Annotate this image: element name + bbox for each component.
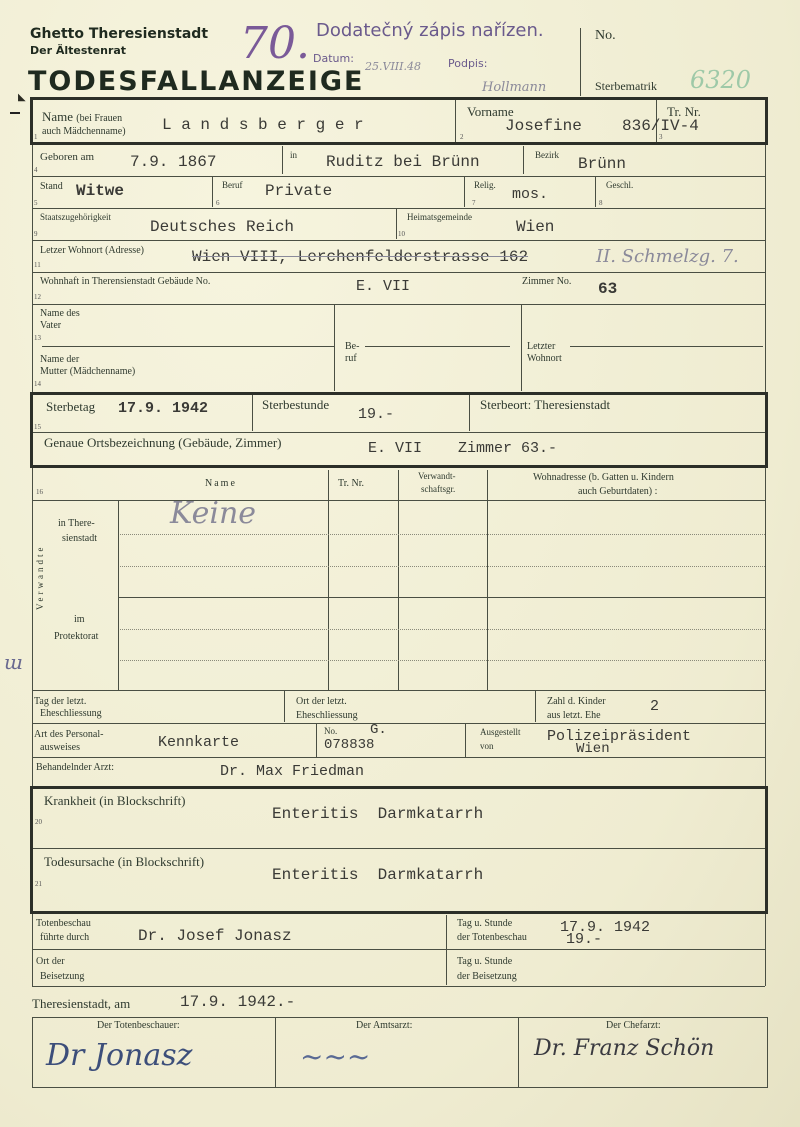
bezirk-label: Bezirk (535, 151, 559, 161)
rule (570, 346, 763, 347)
rule (33, 432, 765, 433)
field-number: 11 (34, 261, 41, 269)
rule (446, 915, 447, 985)
rule (30, 97, 33, 145)
stamp-text: Dodatečný zápis nařízen. (316, 20, 544, 41)
eltern-beruf-label-1: Be- (345, 341, 359, 352)
geboren-value[interactable]: 7.9. 1867 (130, 153, 216, 171)
ausgestellt-value-1[interactable]: Polizeipräsident (547, 728, 691, 745)
rule (30, 786, 33, 914)
sig-chefarzt: Dr. Franz Schön (534, 1036, 714, 1061)
geboren-label: Geboren am (40, 151, 94, 163)
in-label: in (290, 151, 297, 161)
eltern-wohnort-label-2: Wohnort (527, 353, 562, 364)
sterbematrik-value: 6320 (690, 66, 751, 94)
col-name-header: Name (205, 478, 237, 489)
stamp-datum-value: 25.VIII.48 (365, 60, 421, 73)
surname-value[interactable]: L a n d s b e r g e r (162, 116, 364, 134)
wohnhaft-label: Wohnhaft in Therensienstadt Gebäude No. (40, 276, 210, 287)
field-number: 20 (35, 818, 42, 826)
todesursache-label: Todesursache (in Blockschrift) (44, 855, 204, 869)
totenbeschau-label-1: Totenbeschau (36, 918, 91, 929)
name-label: Name (bei Frauen (42, 110, 122, 124)
stamp-datum-label: Datum: (313, 52, 354, 65)
rule (32, 1087, 768, 1088)
sig-totenbeschauer: Dr Jonasz (46, 1038, 192, 1073)
rule (365, 346, 510, 347)
rule (32, 690, 33, 790)
rule (765, 392, 768, 468)
verwandte-side-label: Verwandte (36, 545, 46, 610)
col-verw-header-1: Verwandt- (418, 472, 456, 482)
eltern-wohnort-label-1: Letzter (527, 341, 555, 352)
beisetzung-ort-label-2: Beisetzung (40, 971, 84, 982)
dotted-line (120, 534, 765, 535)
sig-amtsarzt-label: Der Amtsarzt: (356, 1020, 412, 1031)
zimmer-label: Zimmer No. (522, 276, 571, 287)
rule (252, 395, 253, 431)
rule (118, 501, 119, 690)
rule (282, 146, 283, 174)
field-number: 1 (34, 133, 38, 141)
sig-totenbeschauer-label: Der Totenbeschauer: (97, 1020, 180, 1031)
stamp-signature: Hollmann (482, 80, 546, 95)
field-number: 15 (34, 423, 41, 431)
rule (32, 723, 765, 724)
ausweis-art-label-1: Art des Personal- (34, 729, 103, 740)
field-number: 14 (34, 380, 41, 388)
rule (32, 986, 765, 987)
field-number: 13 (34, 334, 41, 342)
rule (521, 305, 522, 391)
sterbematrik-label: Sterbematrik (595, 80, 657, 93)
mutter-label-2: Mutter (Mädchenname) (40, 366, 135, 377)
rule (32, 145, 33, 393)
place-date-value[interactable]: 17.9. 1942.- (180, 993, 295, 1011)
rule (535, 691, 536, 722)
rule (765, 97, 768, 145)
ausgestellt-label-1: Ausgestellt (480, 728, 521, 738)
totenbeschau-tag-label-2: der Totenbeschau (457, 932, 527, 943)
beisetzung-ort-label-1: Ort der (36, 956, 65, 967)
group-protektorat-2: Protektorat (54, 631, 98, 642)
field-number: 9 (34, 230, 38, 238)
sterbeort-label: Sterbeort: Theresienstadt (480, 398, 610, 412)
beisetzung-tag-label-1: Tag u. Stunde (457, 956, 512, 967)
zimmer-value[interactable]: 63 (598, 280, 617, 298)
rule (30, 392, 768, 395)
rule (30, 911, 768, 914)
rule (284, 691, 285, 722)
tag-eheschl-label-2: Eheschliessung (40, 708, 102, 719)
rule (42, 346, 334, 347)
field-number: 8 (599, 199, 603, 207)
heimat-label: Heimatsgemeinde (407, 213, 472, 223)
rule (765, 690, 766, 790)
field-number: 21 (35, 880, 42, 888)
rule (32, 272, 765, 273)
no-label: No. (595, 28, 616, 43)
relig-value[interactable]: mos. (512, 186, 548, 203)
rule (765, 914, 766, 986)
stand-label: Stand (40, 181, 63, 192)
heimat-value[interactable]: Wien (516, 218, 554, 236)
rule (595, 177, 596, 207)
vater-label-2: Vater (40, 320, 61, 331)
rule (32, 304, 765, 305)
name-label-sub2: auch Mädchenname) (42, 126, 126, 137)
relig-label: Relig. (474, 181, 496, 191)
rule (32, 757, 765, 758)
ort-eheschl-label-1: Ort der letzt. (296, 696, 347, 707)
kinder-label-1: Zahl d. Kinder (547, 696, 606, 707)
rule (118, 597, 765, 598)
rule (398, 470, 399, 690)
ausweis-art-value[interactable]: Kennkarte (158, 734, 239, 751)
sterbetag-label: Sterbetag (46, 400, 95, 414)
field-number: 6 (216, 199, 220, 207)
ort-eheschl-label-2: Eheschliessung (296, 710, 358, 721)
stamp-number: 70. (240, 18, 310, 69)
rule (465, 724, 466, 757)
col-verw-header-2: schaftsgr. (421, 485, 455, 495)
krankheit-label: Krankheit (in Blockschrift) (44, 794, 186, 808)
dotted-line (120, 660, 765, 661)
rule (518, 1017, 519, 1087)
group-theresienstadt-1: in There- (58, 518, 95, 529)
field-number: 16 (36, 488, 43, 496)
name-label-sub: (bei Frauen (76, 113, 122, 124)
bezirk-value[interactable]: Brünn (578, 155, 626, 173)
rule (523, 146, 524, 174)
rule (765, 468, 766, 690)
field-number: 12 (34, 293, 41, 301)
rule (32, 240, 765, 241)
rule (33, 848, 765, 849)
trnr-label: Tr. Nr. (667, 105, 701, 119)
stamp-podpis-label: Podpis: (448, 57, 487, 70)
rule (32, 208, 765, 209)
ausgestellt-value-2[interactable]: Wien (576, 741, 610, 757)
vater-label-1: Name des (40, 308, 80, 319)
dotted-line (120, 629, 765, 630)
ortsbez-label: Genaue Ortsbezeichnung (Gebäude, Zimmer) (44, 436, 282, 450)
ausweis-no-value-2[interactable]: 078838 (324, 737, 374, 753)
staat-label: Staatszugehörigkeit (40, 213, 111, 223)
rule (396, 209, 397, 239)
org-name: Ghetto Theresienstadt (30, 26, 208, 42)
arzt-label: Behandelnder Arzt: (36, 762, 114, 773)
kinder-value[interactable]: 2 (650, 698, 659, 715)
field-number: 5 (34, 199, 38, 207)
sterbestunde-label: Sterbestunde (262, 398, 329, 412)
rule (767, 1017, 768, 1087)
rule (316, 724, 317, 757)
punch-mark-icon: ◣ (18, 92, 26, 103)
wohnhaft-value[interactable]: E. VII (356, 278, 410, 295)
rule (487, 470, 488, 690)
rule (275, 1017, 276, 1087)
eltern-beruf-label-2: ruf (345, 353, 357, 364)
col-addr-header-1: Wohnadresse (b. Gatten u. Kindern (533, 472, 674, 483)
wohnort-value[interactable]: Wien VIII, Lerchenfelderstrasse 162 (192, 248, 528, 266)
dotted-line (120, 566, 765, 567)
rule (32, 176, 765, 177)
ortsbez-value[interactable]: E. VII Zimmer 63.- (368, 440, 557, 457)
todesursache-value[interactable]: Enteritis Darmkatarrh (272, 866, 483, 884)
rule (30, 786, 768, 789)
place-date-label: Theresienstadt, am (32, 997, 130, 1011)
totenbeschau-tag-label-1: Tag u. Stunde (457, 918, 512, 929)
document-page: Ghetto Theresienstadt Der Ältestenrat TO… (0, 0, 800, 1127)
fold-mark (10, 112, 20, 114)
rule (30, 142, 768, 145)
beruf-label: Beruf (222, 181, 243, 191)
totenbeschau-tag-value-2[interactable]: 19.- (566, 931, 602, 948)
ausweis-art-label-2: ausweises (40, 742, 80, 753)
ausweis-no-label: No. (324, 727, 337, 737)
org-subtitle: Der Ältestenrat (30, 44, 126, 57)
rule (32, 1017, 768, 1018)
rule (30, 465, 768, 468)
margin-mark: ɯ (4, 650, 23, 674)
col-trnr-header: Tr. Nr. (338, 478, 364, 489)
rule (328, 470, 329, 690)
sterbestunde-value[interactable]: 19.- (358, 406, 394, 423)
rule (32, 949, 765, 950)
staat-value[interactable]: Deutsches Reich (150, 218, 294, 236)
rule (212, 177, 213, 207)
rule (30, 392, 33, 468)
group-theresienstadt-2: sienstadt (62, 533, 97, 544)
vorname-value[interactable]: Josefine (505, 117, 582, 135)
col-addr-header-2: auch Geburtdaten) : (578, 486, 657, 497)
sterbetag-value[interactable]: 17.9. 1942 (118, 400, 208, 417)
header-divider (580, 28, 581, 96)
field-number: 7 (472, 199, 476, 207)
mutter-label-1: Name der (40, 354, 79, 365)
name-label-main: Name (42, 109, 73, 124)
rule (32, 468, 33, 690)
form-title: TODESFALLANZEIGE (28, 66, 365, 97)
ausweis-no-value-1[interactable]: G. (370, 722, 387, 738)
beisetzung-tag-label-2: der Beisetzung (457, 971, 517, 982)
rule (765, 145, 766, 393)
rule (32, 690, 765, 691)
rule (464, 177, 465, 207)
field-number: 2 (460, 133, 464, 141)
group-protektorat-1: im (74, 614, 85, 625)
sig-chefarzt-label: Der Chefarzt: (606, 1020, 661, 1031)
rule (334, 305, 335, 391)
rule (30, 97, 768, 100)
rule (32, 1017, 33, 1087)
tag-eheschl-label-1: Tag der letzt. (34, 696, 86, 707)
relatives-handwritten: Keine (170, 496, 256, 531)
field-number: 3 (659, 133, 663, 141)
rule (32, 500, 765, 501)
wohnort-label: Letzer Wohnort (Adresse) (40, 245, 144, 256)
krankheit-value[interactable]: Enteritis Darmkatarrh (272, 805, 483, 823)
totenbeschau-value[interactable]: Dr. Josef Jonasz (138, 927, 292, 945)
stand-value[interactable]: Witwe (76, 182, 124, 200)
arzt-value[interactable]: Dr. Max Friedman (220, 763, 364, 780)
ausgestellt-label-2: von (480, 742, 494, 752)
wohnort-pencil-note: II. Schmelzg. 7. (596, 246, 739, 267)
field-number: 10 (398, 230, 405, 238)
rule (455, 100, 456, 142)
field-number: 4 (34, 166, 38, 174)
geburtsort-value[interactable]: Ruditz bei Brünn (326, 153, 480, 171)
rule (32, 914, 33, 986)
totenbeschau-label-2: führte durch (40, 932, 89, 943)
sig-amtsarzt: ~~~ (300, 1040, 370, 1073)
beruf-value[interactable]: Private (265, 182, 332, 200)
rule (469, 395, 470, 431)
geschl-label: Geschl. (606, 181, 633, 191)
kinder-label-2: aus letzt. Ehe (547, 710, 601, 721)
rule (765, 786, 768, 914)
